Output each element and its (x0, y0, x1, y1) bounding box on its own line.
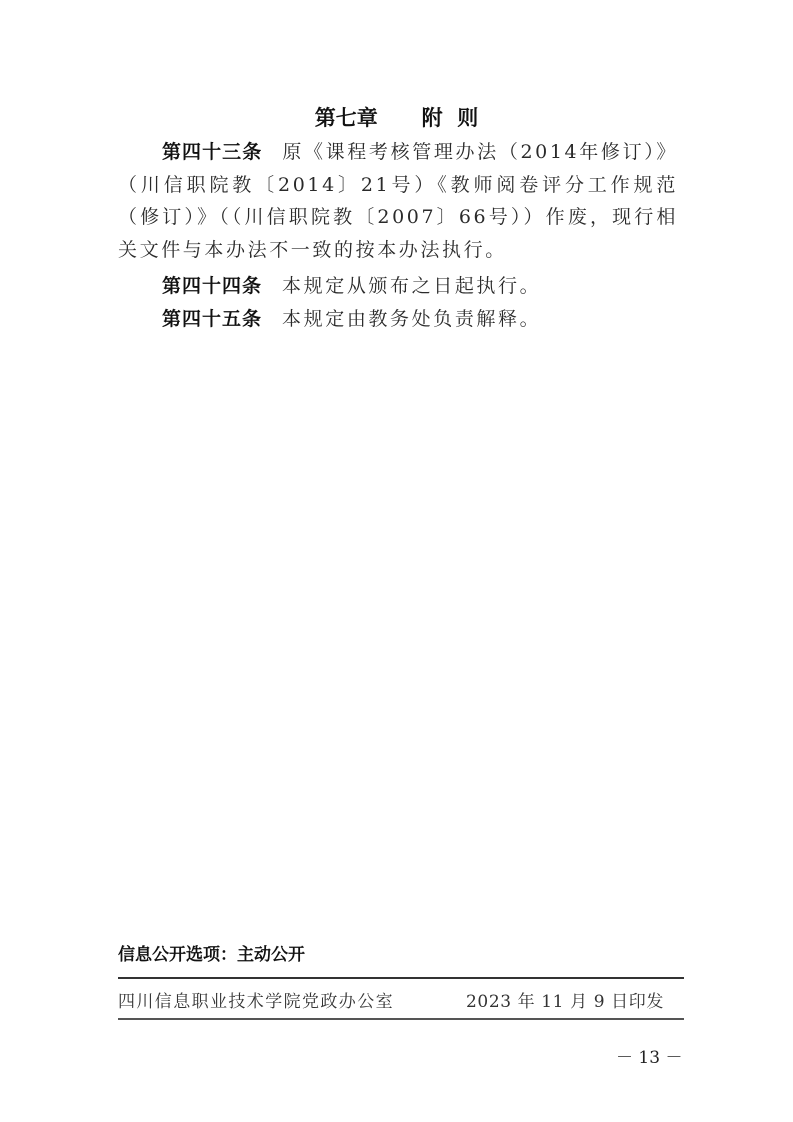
article-label: 第四十五条 (162, 308, 262, 330)
footer-bottom-rule (118, 1018, 684, 1020)
article-label: 第四十三条 (162, 141, 262, 163)
article-text: 本规定由教务处负责解释。 (282, 308, 541, 330)
disclosure-label: 信息公开选项： (118, 945, 237, 965)
disclosure-value: 主动公开 (237, 945, 305, 965)
article-45: 第四十五条本规定由教务处负责解释。 (118, 303, 678, 336)
issuer: 四川信息职业技术学院党政办公室 (118, 987, 394, 1012)
article-44: 第四十四条本规定从颁布之日起执行。 (118, 270, 678, 303)
document-page: 第七章 附 则 第四十三条原《课程考核管理办法（2014年修订）》（川信职院教〔… (0, 0, 793, 1122)
document-body: 第四十三条原《课程考核管理办法（2014年修订）》（川信职院教〔2014〕21号… (118, 136, 678, 335)
article-label: 第四十四条 (162, 275, 262, 297)
issue-date: 2023 年 11 月 9 日印发 (466, 987, 664, 1012)
article-43: 第四十三条原《课程考核管理办法（2014年修订）》（川信职院教〔2014〕21号… (118, 136, 678, 266)
info-disclosure: 信息公开选项：主动公开 (118, 940, 305, 965)
article-text: 本规定从颁布之日起执行。 (282, 275, 541, 297)
footer-top-rule (118, 977, 684, 979)
page-number: － 13 － (616, 1043, 682, 1068)
chapter-title: 第七章 附 则 (0, 102, 793, 132)
